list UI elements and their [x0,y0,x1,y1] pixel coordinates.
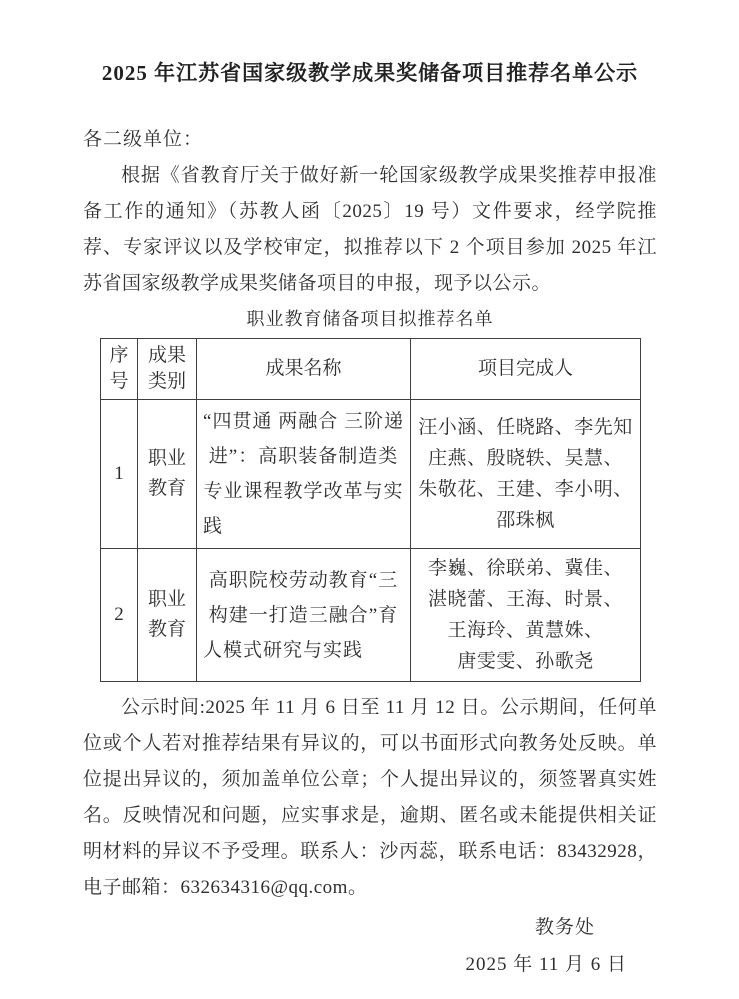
cell-index: 2 [101,549,138,682]
cell-achievement-name: 高职院校劳动教育“三构建一打造三融合”育人模式研究与实践 [197,549,411,682]
signature-block: 教务处 2025 年 11 月 6 日 [83,909,657,983]
closing-paragraph: 公示时间:2025 年 11 月 6 日至 11 月 12 日。公示期间，任何单… [83,690,657,906]
cell-achievement-name: “四贯通 两融合 三阶递进”：高职装备制造类专业课程教学改革与实践 [197,400,411,549]
table-caption: 职业教育储备项目拟推荐名单 [83,304,657,334]
table-row: 1 职业教育 “四贯通 两融合 三阶递进”：高职装备制造类专业课程教学改革与实践… [101,400,641,549]
column-header-completers: 项目完成人 [411,339,641,400]
cell-index: 1 [101,400,138,549]
column-header-category: 成果类别 [138,339,197,400]
table-row: 2 职业教育 高职院校劳动教育“三构建一打造三融合”育人模式研究与实践 李巍、徐… [101,549,641,682]
cell-completers: 汪小涵、任晓路、李先知 庄燕、殷晓轶、吴慧、 朱敬花、王建、李小明、 邵珠枫 [411,400,641,549]
document-body: 各二级单位： 根据《省教育厅关于做好新一轮国家级教学成果奖推荐申报准备工作的通知… [83,122,657,983]
signature-date: 2025 年 11 月 6 日 [83,946,657,983]
column-header-achievement-name: 成果名称 [197,339,411,400]
signature-department: 教务处 [83,909,657,946]
intro-paragraph: 根据《省教育厅关于做好新一轮国家级教学成果奖推荐申报准备工作的通知》（苏教人函〔… [83,158,657,302]
recommendation-table: 序号 成果类别 成果名称 项目完成人 1 职业教育 “四贯通 两融合 三阶递进”… [100,338,641,682]
salutation: 各二级单位： [83,122,657,158]
document-title: 2025 年江苏省国家级教学成果奖储备项目推荐名单公示 [83,58,657,88]
cell-completers: 李巍、徐联弟、冀佳、 湛晓蕾、王海、时景、 王海玲、黄慧姝、 唐雯雯、孙歌尧 [411,549,641,682]
column-header-index: 序号 [101,339,138,400]
cell-category: 职业教育 [138,549,197,682]
document-page: 2025 年江苏省国家级教学成果奖储备项目推荐名单公示 各二级单位： 根据《省教… [0,0,739,999]
table-header-row: 序号 成果类别 成果名称 项目完成人 [101,339,641,400]
cell-category: 职业教育 [138,400,197,549]
